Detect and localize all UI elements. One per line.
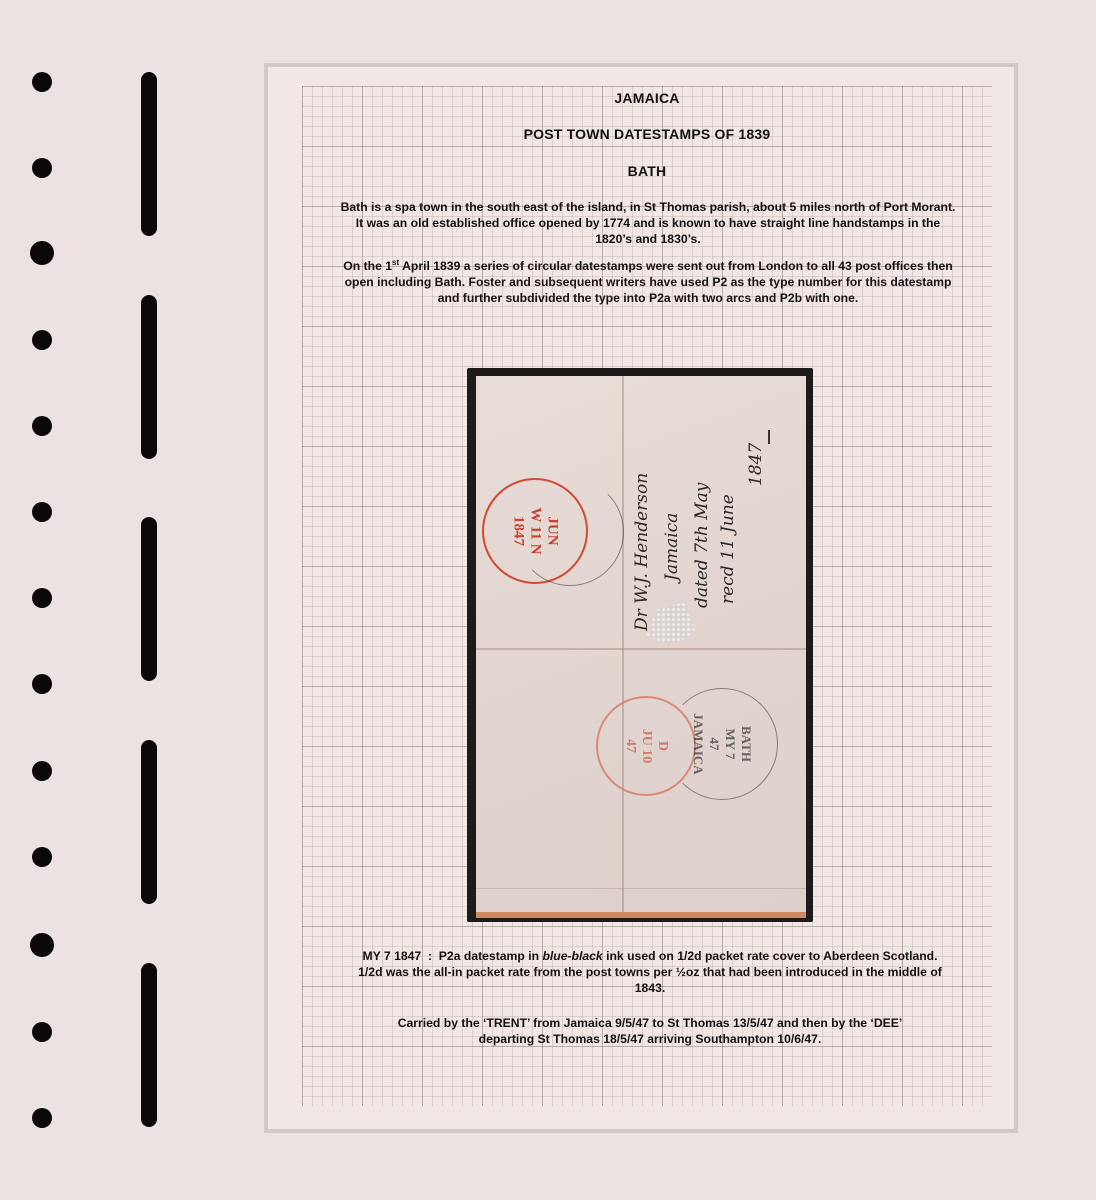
binder-hole xyxy=(32,847,52,867)
bath-stamp-year: 47 xyxy=(706,713,722,774)
binder-hole xyxy=(30,933,54,957)
binder-hole xyxy=(32,72,52,92)
docket-dash xyxy=(768,430,770,444)
transit-stamp-date: JU 10 xyxy=(638,729,654,764)
binder-hole xyxy=(32,588,52,608)
binder-hole xyxy=(32,1108,52,1128)
caption-separator: : xyxy=(421,949,439,963)
binder-slot xyxy=(141,963,157,1127)
binder-hole xyxy=(32,674,52,694)
partial-datestamp-arc xyxy=(516,478,624,586)
wax-seal-remnant xyxy=(646,602,696,644)
binder-slot xyxy=(141,740,157,904)
history-text-prefix: On the 1 xyxy=(343,259,392,273)
transit-stamp-year: 47 xyxy=(622,729,638,764)
bath-stamp-colony: JAMAICA xyxy=(690,713,706,774)
binder-hole xyxy=(32,330,52,350)
history-text-suffix: April 1839 a series of circular datestam… xyxy=(345,259,953,305)
binder-hole xyxy=(32,1022,52,1042)
binder-hole xyxy=(30,241,54,265)
cover-fold-vertical xyxy=(622,376,624,912)
caption-ink-italic: blue-black xyxy=(542,949,602,963)
address-line-1: Dr W.J. Henderson xyxy=(632,473,652,631)
docket-dated: dated 7th May xyxy=(692,483,712,608)
address-line-2: Jamaica xyxy=(662,513,682,581)
cover-caption: MY 7 1847 : P2a datestamp in blue-black … xyxy=(356,948,944,996)
binder-hole xyxy=(32,502,52,522)
history-paragraph: On the 1st April 1839 a series of circul… xyxy=(336,258,960,306)
docket-received: recd 11 June xyxy=(718,494,738,604)
caption-date: MY 7 1847 xyxy=(362,949,421,963)
cover-edge xyxy=(476,912,806,918)
docket-year: 1847 xyxy=(746,443,766,486)
bath-datestamp: BATH MY 7 47 JAMAICA xyxy=(666,688,778,800)
cover-fold-bottom xyxy=(476,888,806,889)
section-heading: BATH xyxy=(300,163,994,179)
binder-slot xyxy=(141,295,157,459)
binder-hole xyxy=(32,416,52,436)
binder-slot xyxy=(141,517,157,681)
page-subtitle: POST TOWN DATESTAMPS OF 1839 xyxy=(300,126,994,142)
caption-lead: P2a datestamp in xyxy=(439,949,543,963)
voyage-caption: Carried by the ‘TRENT’ from Jamaica 9/5/… xyxy=(380,1015,920,1047)
intro-paragraph: Bath is a spa town in the south east of … xyxy=(336,199,960,247)
bath-stamp-date: MY 7 xyxy=(722,713,738,774)
voyage-text: Carried by the ‘TRENT’ from Jamaica 9/5/… xyxy=(398,1016,903,1046)
cover-fold-horizontal xyxy=(476,648,806,650)
intro-text: Bath is a spa town in the south east of … xyxy=(341,200,956,246)
postal-cover: JUN W 11 N 1847 Dr W.J. Henderson Jamaic… xyxy=(476,376,806,912)
binder-slot xyxy=(141,72,157,236)
binder-hole xyxy=(32,158,52,178)
page-title: JAMAICA xyxy=(300,90,994,106)
binder-hole xyxy=(32,761,52,781)
bath-stamp-town: BATH xyxy=(738,713,754,774)
